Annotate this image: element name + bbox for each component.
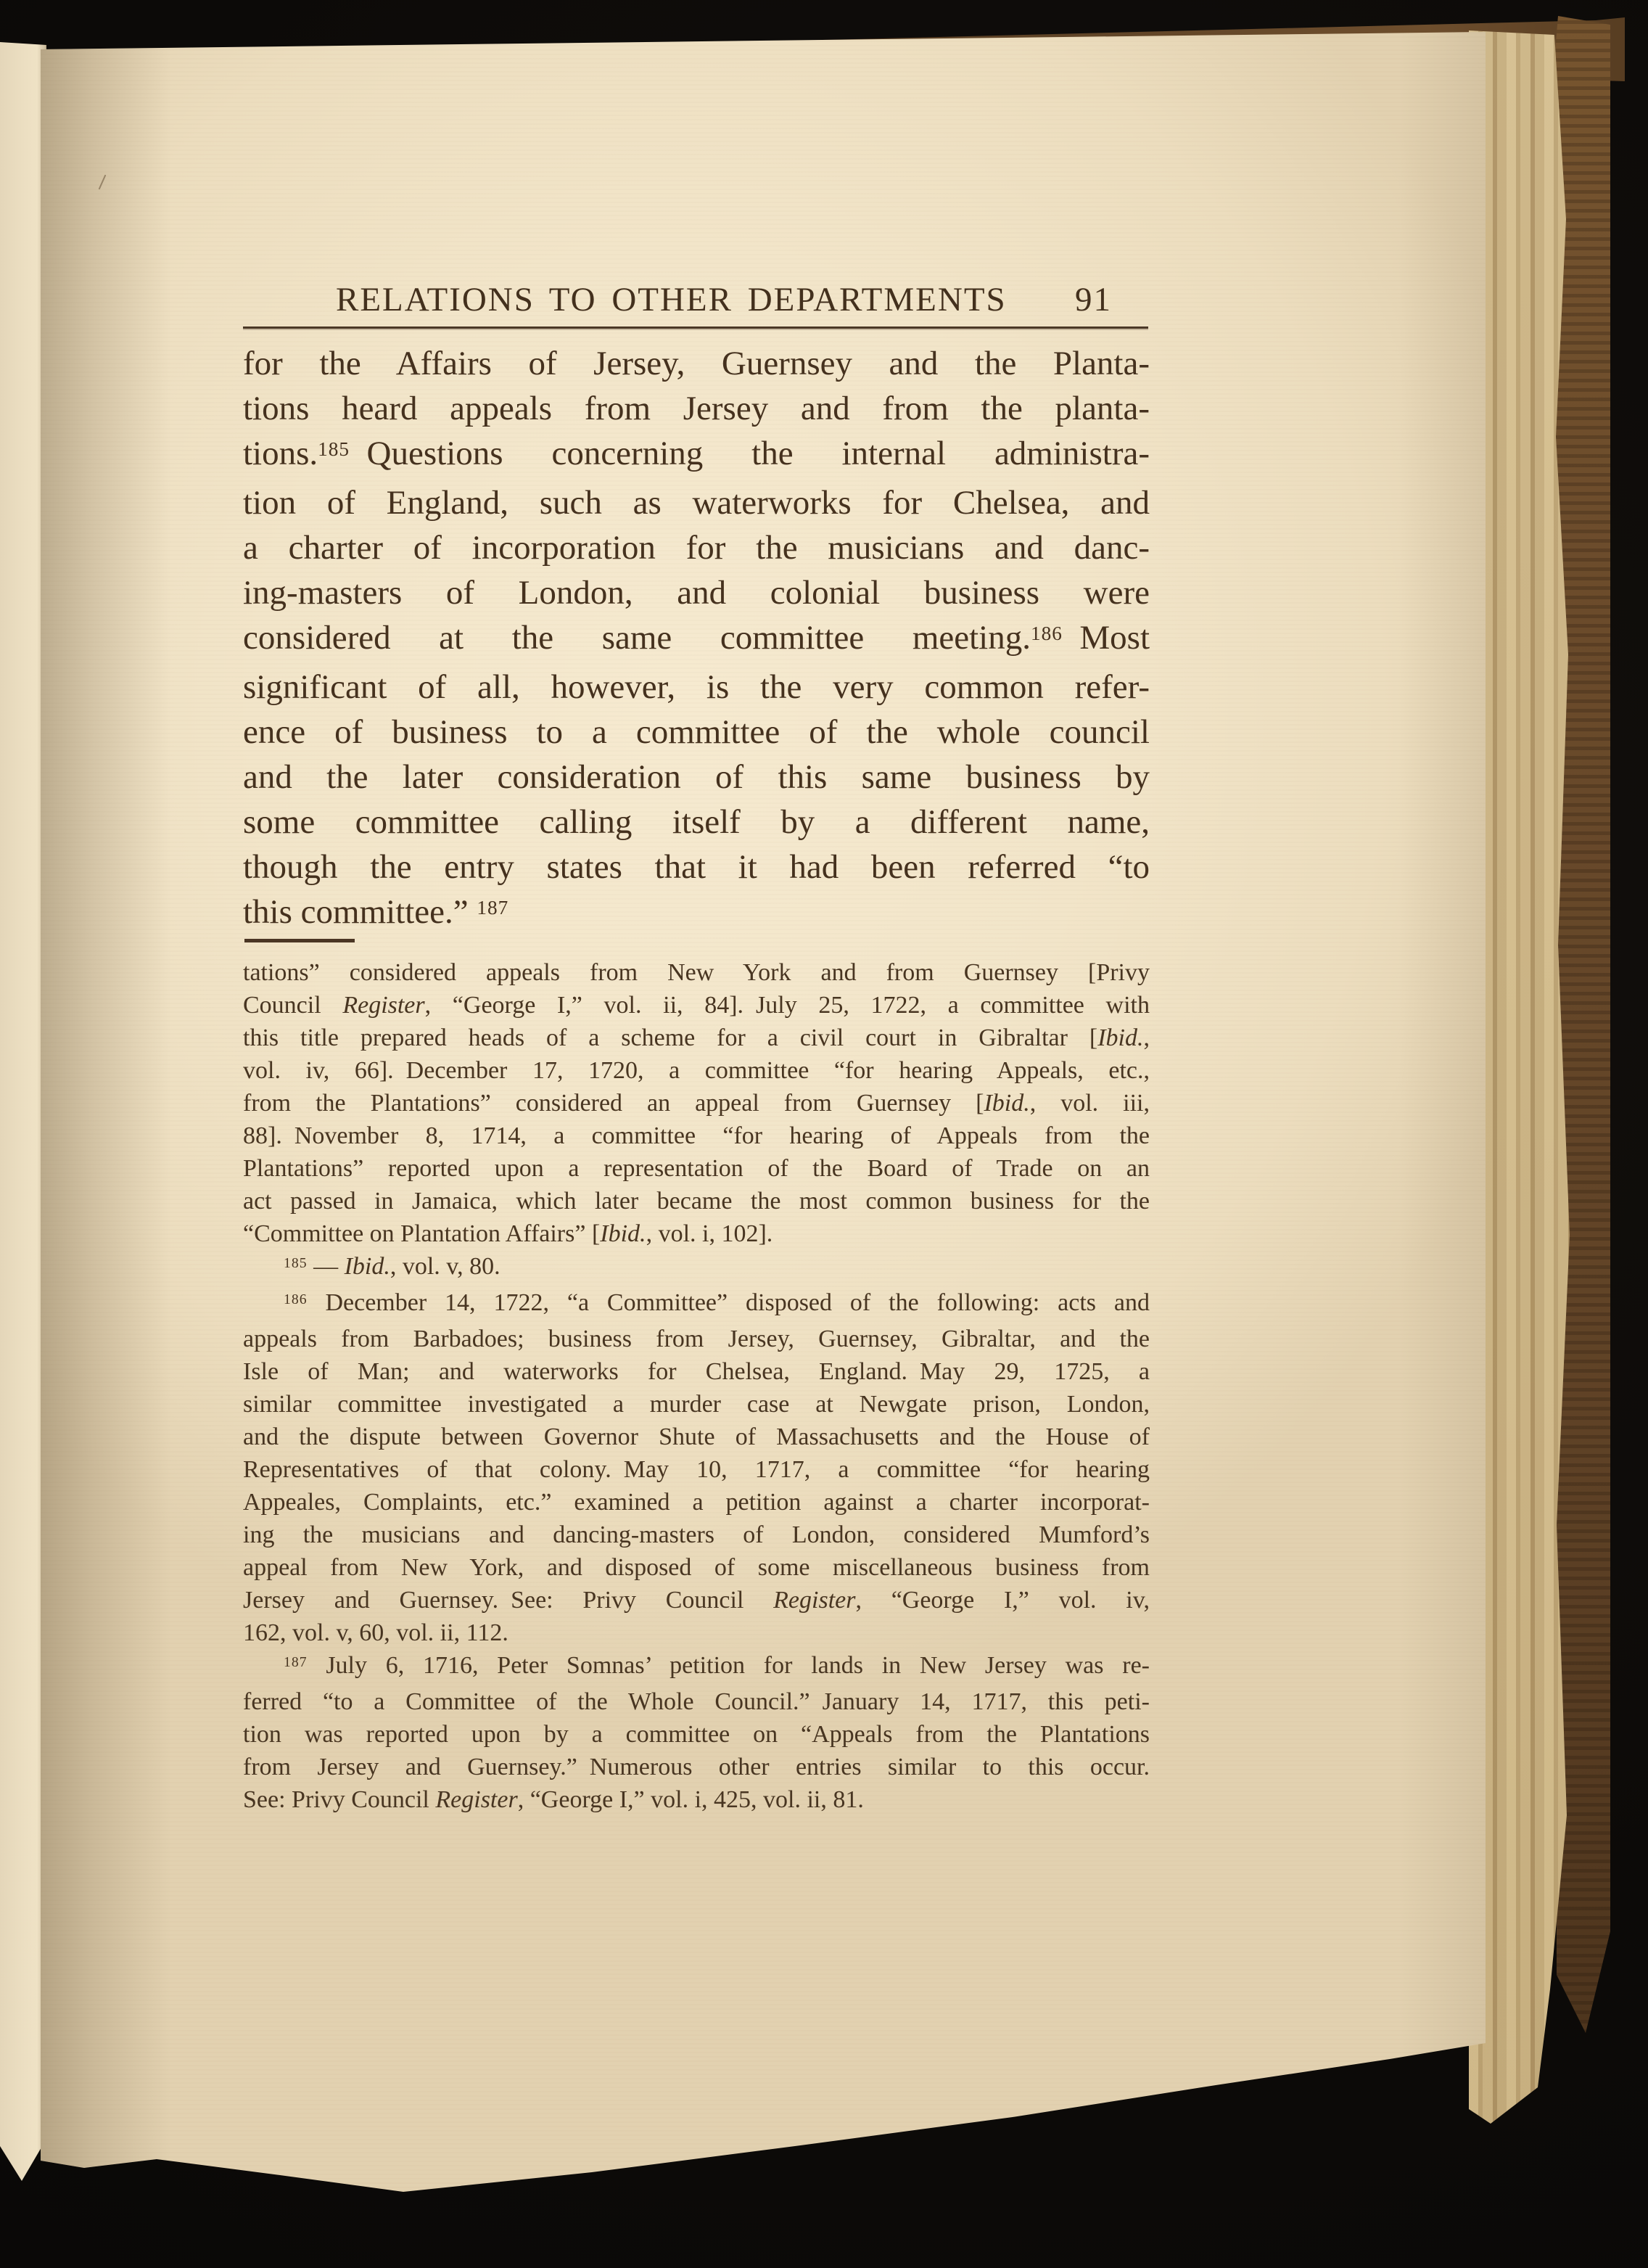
text-segment: ferred “to a Committee of the Whole Coun…	[243, 1688, 1150, 1715]
text-segment: Ibid.	[1097, 1024, 1143, 1051]
text-line: some committee calling itself by a diffe…	[243, 800, 1150, 845]
text-segment: and the later consideration of this same…	[243, 758, 1150, 796]
text-line: See: Privy Council Register, “George I,”…	[243, 1783, 1150, 1816]
text-segment: tion was reported upon by a committee on…	[243, 1721, 1150, 1748]
footnote-ref: 186	[284, 1291, 308, 1307]
text-line: Plantations” reported upon a representat…	[243, 1152, 1150, 1185]
text-segment: Isle of Man; and waterworks for Chelsea,…	[243, 1358, 1150, 1385]
body-text: for the Affairs of Jersey, Guernsey and …	[243, 341, 1150, 939]
text-line: 187 July 6, 1716, Peter Somnas’ petition…	[243, 1649, 1150, 1685]
text-segment: tion of England, such as waterworks for …	[243, 484, 1150, 522]
text-segment: Register	[435, 1786, 517, 1813]
text-line: tations” considered appeals from New Yor…	[243, 956, 1150, 989]
text-line: considered at the same committee meeting…	[243, 615, 1150, 665]
text-segment: , “George I,” vol. i, 425, vol. ii, 81.	[518, 1786, 864, 1813]
text-segment: ing the musicians and dancing-masters of…	[243, 1521, 1150, 1548]
text-segment: Plantations” reported upon a representat…	[243, 1155, 1150, 1182]
text-segment: tions heard appeals from Jersey and from…	[243, 390, 1150, 427]
text-line: ence of business to a committee of the w…	[243, 710, 1150, 755]
text-line: significant of all, however, is the very…	[243, 665, 1150, 710]
text-line: from the Plantations” considered an appe…	[243, 1087, 1150, 1119]
text-segment: , vol. v, 80.	[390, 1253, 500, 1280]
footnote-paragraph: tations” considered appeals from New Yor…	[243, 956, 1150, 1250]
text-segment: from the Plantations” considered an appe…	[243, 1090, 984, 1117]
text-segment: act passed in Jamaica, which later becam…	[243, 1188, 1150, 1215]
text-line: this title prepared heads of a scheme fo…	[243, 1022, 1150, 1054]
text-line: tion was reported upon by a committee on…	[243, 1718, 1150, 1751]
book-page: RELATIONS TO OTHER DEPARTMENTS 91 for th…	[41, 19, 1486, 2199]
text-segment: this title prepared heads of a scheme fo…	[243, 1024, 1097, 1051]
page-number: 91	[1075, 282, 1112, 319]
header-rule	[243, 326, 1148, 329]
text-line: Jersey and Guernsey. See: Privy Council …	[243, 1584, 1150, 1616]
text-segment: , “George I,” vol. ii, 84]. July 25, 172…	[425, 992, 1150, 1019]
text-segment: Register	[773, 1587, 855, 1614]
book-photo: RELATIONS TO OTHER DEPARTMENTS 91 for th…	[0, 0, 1648, 2268]
text-segment: ence of business to a committee of the w…	[243, 713, 1150, 751]
text-segment: Ibid.	[984, 1090, 1029, 1117]
text-segment: —	[308, 1253, 345, 1280]
text-segment: Appeales, Complaints, etc.” examined a p…	[243, 1489, 1150, 1516]
text-segment: ,	[1144, 1024, 1150, 1051]
facing-page-sliver	[0, 42, 46, 2181]
text-segment: Most	[1063, 619, 1150, 657]
text-line: and the later consideration of this same…	[243, 755, 1150, 800]
footnote-ref: 186	[1031, 623, 1063, 644]
text-segment: Representatives of that colony. May 10, …	[243, 1456, 1150, 1483]
text-segment: appeal from New York, and disposed of so…	[243, 1554, 1150, 1581]
text-segment: a charter of incorporation for the music…	[243, 529, 1150, 567]
text-line: 162, vol. v, 60, vol. ii, 112.	[243, 1616, 1150, 1649]
text-segment: this committee.”	[243, 893, 477, 931]
text-line: from Jersey and Guernsey.” Numerous othe…	[243, 1751, 1150, 1783]
text-segment: from Jersey and Guernsey.” Numerous othe…	[243, 1754, 1150, 1780]
text-segment: Jersey and Guernsey. See: Privy Council	[243, 1587, 773, 1614]
text-segment: significant of all, however, is the very…	[243, 668, 1150, 706]
footnote-ref: 187	[284, 1654, 308, 1670]
text-segment: Council	[243, 992, 342, 1019]
footnote-ref: 185	[318, 438, 350, 460]
footnote-ref: 185	[284, 1255, 308, 1271]
footnote-paragraph: 185 — Ibid., vol. v, 80.	[243, 1250, 1150, 1286]
text-segment: “Committee on Plantation Affairs” [	[243, 1220, 600, 1247]
text-segment: considered at the same committee meeting…	[243, 619, 1031, 657]
text-segment: tations” considered appeals from New Yor…	[243, 959, 1150, 986]
text-line: 88]. November 8, 1714, a committee “for …	[243, 1119, 1150, 1152]
text-line: Isle of Man; and waterworks for Chelsea,…	[243, 1355, 1150, 1388]
text-segment: ing-masters of London, and colonial busi…	[243, 574, 1150, 612]
text-segment: Questions concerning the internal admini…	[350, 435, 1150, 472]
text-segment: 162, vol. v, 60, vol. ii, 112.	[243, 1619, 508, 1646]
text-line: “Committee on Plantation Affairs” [Ibid.…	[243, 1217, 1150, 1250]
text-line: a charter of incorporation for the music…	[243, 525, 1150, 570]
text-segment: July 6, 1716, Peter Somnas’ petition for…	[308, 1652, 1150, 1679]
text-segment: though the entry states that it had been…	[243, 848, 1150, 886]
text-line: act passed in Jamaica, which later becam…	[243, 1185, 1150, 1217]
text-segment: tions.	[243, 435, 318, 472]
text-segment: 88]. November 8, 1714, a committee “for …	[243, 1122, 1150, 1149]
text-segment: similar committee investigated a murder …	[243, 1391, 1150, 1418]
text-segment: some committee calling itself by a diffe…	[243, 803, 1150, 841]
text-line: ing-masters of London, and colonial busi…	[243, 570, 1150, 615]
running-title: RELATIONS TO OTHER DEPARTMENTS	[336, 282, 1007, 319]
text-line: tions.185 Questions concerning the inter…	[243, 431, 1150, 480]
text-line: though the entry states that it had been…	[243, 845, 1150, 889]
footnotes: tations” considered appeals from New Yor…	[243, 956, 1150, 1816]
text-segment: December 14, 1722, “a Committee” dispose…	[308, 1289, 1150, 1316]
text-line: tion of England, such as waterworks for …	[243, 480, 1150, 525]
text-line: appeal from New York, and disposed of so…	[243, 1551, 1150, 1584]
text-line: for the Affairs of Jersey, Guernsey and …	[243, 341, 1150, 386]
text-segment: , vol. i, 102].	[646, 1220, 773, 1247]
text-segment: Register	[342, 992, 424, 1019]
text-line: ferred “to a Committee of the Whole Coun…	[243, 1685, 1150, 1718]
text-segment: and the dispute between Governor Shute o…	[243, 1423, 1150, 1450]
text-line: Appeales, Complaints, etc.” examined a p…	[243, 1486, 1150, 1519]
footnote-ref: 187	[477, 897, 508, 919]
text-segment: for the Affairs of Jersey, Guernsey and …	[243, 345, 1150, 382]
text-segment: , “George I,” vol. iv,	[855, 1587, 1150, 1614]
text-line: 185 — Ibid., vol. v, 80.	[243, 1250, 1150, 1286]
text-line: appeals from Barbadoes; business from Je…	[243, 1323, 1150, 1355]
pen-mark	[99, 175, 107, 190]
text-line: Representatives of that colony. May 10, …	[243, 1453, 1150, 1486]
footnote-separator	[244, 939, 355, 942]
page-header: RELATIONS TO OTHER DEPARTMENTS 91	[243, 282, 1150, 319]
text-line: tions heard appeals from Jersey and from…	[243, 386, 1150, 431]
text-line: 186 December 14, 1722, “a Committee” dis…	[243, 1286, 1150, 1323]
text-segment: , vol. iii,	[1030, 1090, 1150, 1117]
text-line: this committee.” 187	[243, 889, 1150, 939]
text-segment: See: Privy Council	[243, 1786, 435, 1813]
text-line: similar committee investigated a murder …	[243, 1388, 1150, 1421]
text-segment: Ibid.	[345, 1253, 390, 1280]
text-line: and the dispute between Governor Shute o…	[243, 1421, 1150, 1453]
text-segment: appeals from Barbadoes; business from Je…	[243, 1326, 1150, 1352]
text-segment: Ibid.	[600, 1220, 646, 1247]
text-segment: vol. iv, 66]. December 17, 1720, a commi…	[243, 1057, 1150, 1084]
text-line: vol. iv, 66]. December 17, 1720, a commi…	[243, 1054, 1150, 1087]
footnote-paragraph: 186 December 14, 1722, “a Committee” dis…	[243, 1286, 1150, 1649]
text-line: ing the musicians and dancing-masters of…	[243, 1519, 1150, 1551]
footnote-paragraph: 187 July 6, 1716, Peter Somnas’ petition…	[243, 1649, 1150, 1816]
text-line: Council Register, “George I,” vol. ii, 8…	[243, 989, 1150, 1022]
